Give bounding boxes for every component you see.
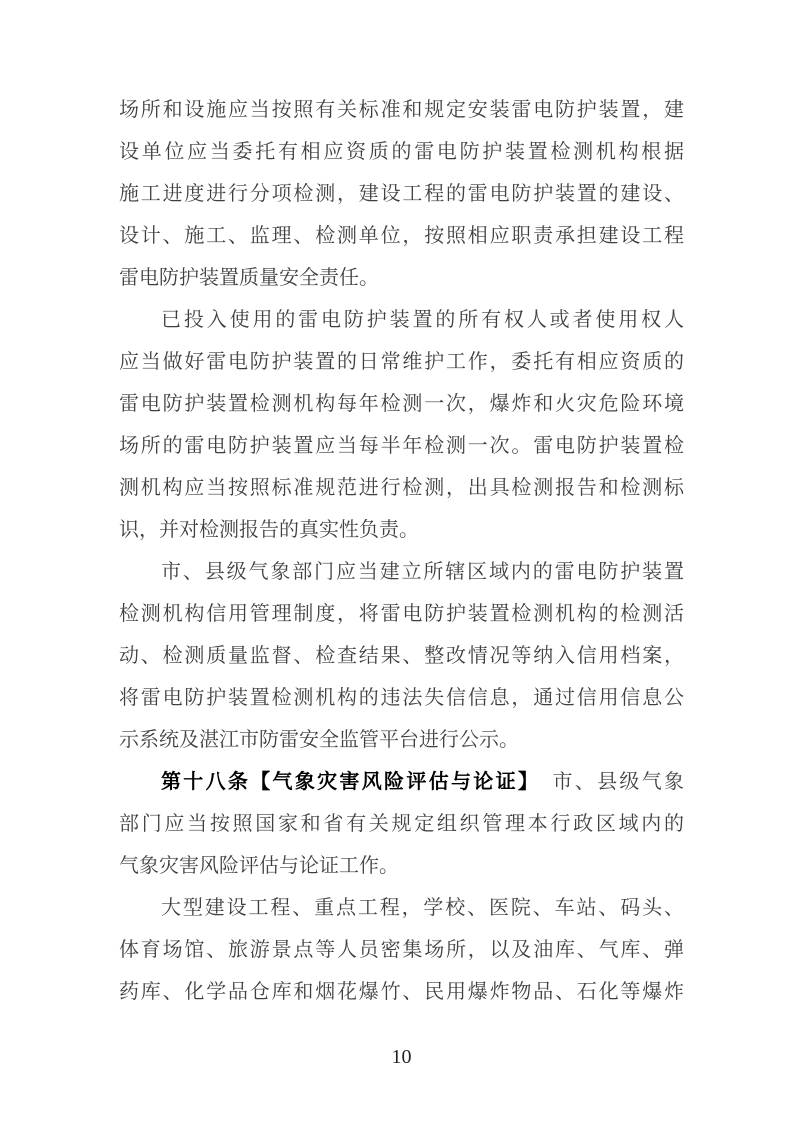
text-line: 体育场馆、旅游景点等人员密集场所，以及油库、气库、弹 (119, 929, 684, 971)
text-line: 大型建设工程、重点工程，学校、医院、车站、码头、 (119, 887, 684, 929)
paragraph: 市、县级气象部门应当建立所辖区域内的雷电防护装置检测机构信用管理制度，将雷电防护… (119, 551, 684, 761)
page-number: 10 (392, 1046, 412, 1068)
article-heading: 第十八条【气象灾害风险评估与论证】 (161, 771, 530, 793)
text-line: 市、县级气象部门应当建立所辖区域内的雷电防护装置 (119, 551, 684, 593)
document-body: 场所和设施应当按照有关标准和规定安装雷电防护装置，建设单位应当委托有相应资质的雷… (119, 89, 684, 1013)
text-line: 检测机构信用管理制度，将雷电防护装置检测机构的检测活 (119, 593, 684, 635)
paragraph: 大型建设工程、重点工程，学校、医院、车站、码头、体育场馆、旅游景点等人员密集场所… (119, 887, 684, 1013)
text-line: 雷电防护装置检测机构每年检测一次，爆炸和火灾危险环境 (119, 383, 684, 425)
text-line: 测机构应当按照标准规范进行检测，出具检测报告和检测标 (119, 467, 684, 509)
document-page: 场所和设施应当按照有关标准和规定安装雷电防护装置，建设单位应当委托有相应资质的雷… (0, 0, 793, 1122)
text-line: 识，并对检测报告的真实性负责。 (119, 509, 684, 551)
text-line: 应当做好雷电防护装置的日常维护工作，委托有相应资质的 (119, 341, 684, 383)
paragraph: 场所和设施应当按照有关标准和规定安装雷电防护装置，建设单位应当委托有相应资质的雷… (119, 89, 684, 299)
text-line: 场所和设施应当按照有关标准和规定安装雷电防护装置，建 (119, 89, 684, 131)
text-line: 气象灾害风险评估与论证工作。 (119, 845, 684, 887)
text-line: 已投入使用的雷电防护装置的所有权人或者使用权人 (119, 299, 684, 341)
text-line: 部门应当按照国家和省有关规定组织管理本行政区域内的 (119, 803, 684, 845)
text-line: 场所的雷电防护装置应当每半年检测一次。雷电防护装置检 (119, 425, 684, 467)
text-line: 示系统及湛江市防雷安全监管平台进行公示。 (119, 719, 684, 761)
paragraph: 第十八条【气象灾害风险评估与论证】 市、县级气象部门应当按照国家和省有关规定组织… (119, 761, 684, 887)
text-line: 设计、施工、监理、检测单位，按照相应职责承担建设工程 (119, 215, 684, 257)
paragraph: 已投入使用的雷电防护装置的所有权人或者使用权人应当做好雷电防护装置的日常维护工作… (119, 299, 684, 551)
text-run: 市、县级气象 (530, 771, 684, 793)
text-line: 将雷电防护装置检测机构的违法失信信息，通过信用信息公 (119, 677, 684, 719)
page-footer: 10 (119, 1036, 684, 1078)
text-line: 施工进度进行分项检测，建设工程的雷电防护装置的建设、 (119, 173, 684, 215)
text-line: 雷电防护装置质量安全责任。 (119, 257, 684, 299)
text-line: 动、检测质量监督、检查结果、整改情况等纳入信用档案， (119, 635, 684, 677)
text-line: 设单位应当委托有相应资质的雷电防护装置检测机构根据 (119, 131, 684, 173)
text-line: 药库、化学品仓库和烟花爆竹、民用爆炸物品、石化等爆炸 (119, 971, 684, 1013)
text-line: 第十八条【气象灾害风险评估与论证】 市、县级气象 (119, 761, 684, 803)
